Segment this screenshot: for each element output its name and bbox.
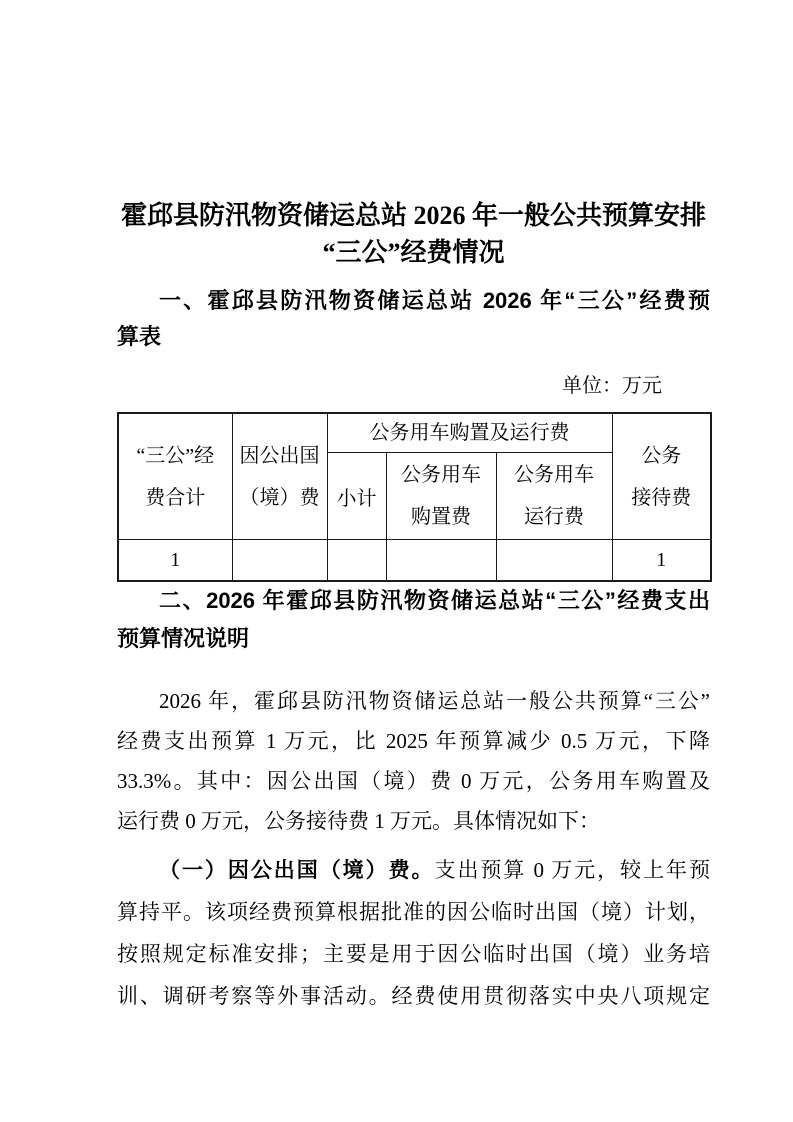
- header-reception-fee-line-1: 公务: [613, 435, 711, 477]
- paragraph-abroad-fee-line-2: 算持平。该项经费预算根据批准的因公临时出国（境）计划，: [117, 891, 710, 933]
- data-cell-sangong-total: 1: [118, 540, 232, 582]
- header-vehicle-operation-line-2: 运行费: [497, 496, 612, 538]
- header-reception-fee-line-2: 接待费: [613, 477, 711, 519]
- paragraph-summary-line-3: 33.3%。其中：因公出国（境）费 0 万元，公务用车购置及: [117, 761, 710, 801]
- data-cell-vehicle-purchase: [386, 540, 496, 582]
- data-cell-reception-fee: 1: [612, 540, 711, 582]
- document-title-line-2: “三公”经费情况: [117, 234, 710, 271]
- paragraph-summary-line-4: 运行费 0 万元，公务接待费 1 万元。具体情况如下：: [117, 801, 710, 841]
- section-2-heading: 二、2026 年霍邱县防汛物资储运总站“三公”经费支出 预算情况说明: [117, 582, 710, 658]
- header-cell-abroad-fee: 因公出国 （境）费: [232, 413, 327, 540]
- data-cell-vehicle-operation: [496, 540, 612, 582]
- header-abroad-fee-line-1: 因公出国: [233, 435, 327, 477]
- header-cell-vehicle-operation: 公务用车 运行费: [496, 453, 612, 540]
- section-1-heading-line-1: 一、霍邱县防汛物资储运总站 2026 年“三公”经费预: [117, 283, 710, 319]
- paragraph-summary: 2026 年，霍邱县防汛物资储运总站一般公共预算“三公” 经费支出预算 1 万元…: [117, 681, 710, 841]
- header-vehicle-purchase-line-2: 购置费: [387, 496, 496, 538]
- paragraph-abroad-fee-line-1: （一）因公出国（境）费。支出预算 0 万元，较上年预: [117, 849, 710, 891]
- budget-table: “三公”经 费合计 因公出国 （境）费 公务用车购置及运行费 公务 接待费 小计: [117, 412, 712, 582]
- header-sangong-total-line-1: “三公”经: [119, 435, 232, 477]
- paragraph-abroad-fee: （一）因公出国（境）费。支出预算 0 万元，较上年预 算持平。该项经费预算根据批…: [117, 849, 710, 1017]
- header-cell-subtotal: 小计: [327, 453, 386, 540]
- paragraph-abroad-fee-line-4: 训、调研考察等外事活动。经费使用贯彻落实中央八项规定: [117, 975, 710, 1017]
- header-cell-reception-fee: 公务 接待费: [612, 413, 711, 540]
- paragraph-summary-line-2: 经费支出预算 1 万元，比 2025 年预算减少 0.5 万元，下降: [117, 721, 710, 761]
- section-1-heading-line-2: 算表: [117, 319, 710, 355]
- abroad-fee-line-1-rest: 支出预算 0 万元，较上年预: [435, 858, 711, 882]
- table-data-row: 1 1: [118, 540, 711, 582]
- paragraph-summary-line-1: 2026 年，霍邱县防汛物资储运总站一般公共预算“三公”: [117, 681, 710, 721]
- section-2-heading-line-2: 预算情况说明: [117, 620, 710, 658]
- data-cell-abroad-fee: [232, 540, 327, 582]
- header-cell-vehicle-merged: 公务用车购置及运行费: [327, 413, 612, 453]
- budget-table-container: “三公”经 费合计 因公出国 （境）费 公务用车购置及运行费 公务 接待费 小计: [117, 412, 710, 582]
- header-vehicle-purchase-line-1: 公务用车: [387, 454, 496, 496]
- abroad-fee-bold-lead: （一）因公出国（境）费。: [159, 858, 435, 882]
- header-sangong-total-line-2: 费合计: [119, 477, 232, 519]
- section-1-heading: 一、霍邱县防汛物资储运总站 2026 年“三公”经费预 算表: [117, 283, 710, 355]
- document-title-line-1: 霍邱县防汛物资储运总站 2026 年一般公共预算安排: [117, 197, 710, 234]
- paragraph-abroad-fee-line-3: 按照规定标准安排；主要是用于因公临时出国（境）业务培: [117, 933, 710, 975]
- unit-label: 单位：万元: [117, 370, 710, 402]
- header-abroad-fee-line-2: （境）费: [233, 477, 327, 519]
- header-cell-vehicle-purchase: 公务用车 购置费: [386, 453, 496, 540]
- header-cell-sangong-total: “三公”经 费合计: [118, 413, 232, 540]
- header-vehicle-operation-line-1: 公务用车: [497, 454, 612, 496]
- data-cell-subtotal: [327, 540, 386, 582]
- document-page: 霍邱县防汛物资储运总站 2026 年一般公共预算安排 “三公”经费情况 一、霍邱…: [0, 0, 793, 1122]
- section-2-heading-line-1: 二、2026 年霍邱县防汛物资储运总站“三公”经费支出: [117, 582, 710, 620]
- document-title: 霍邱县防汛物资储运总站 2026 年一般公共预算安排 “三公”经费情况: [117, 197, 710, 271]
